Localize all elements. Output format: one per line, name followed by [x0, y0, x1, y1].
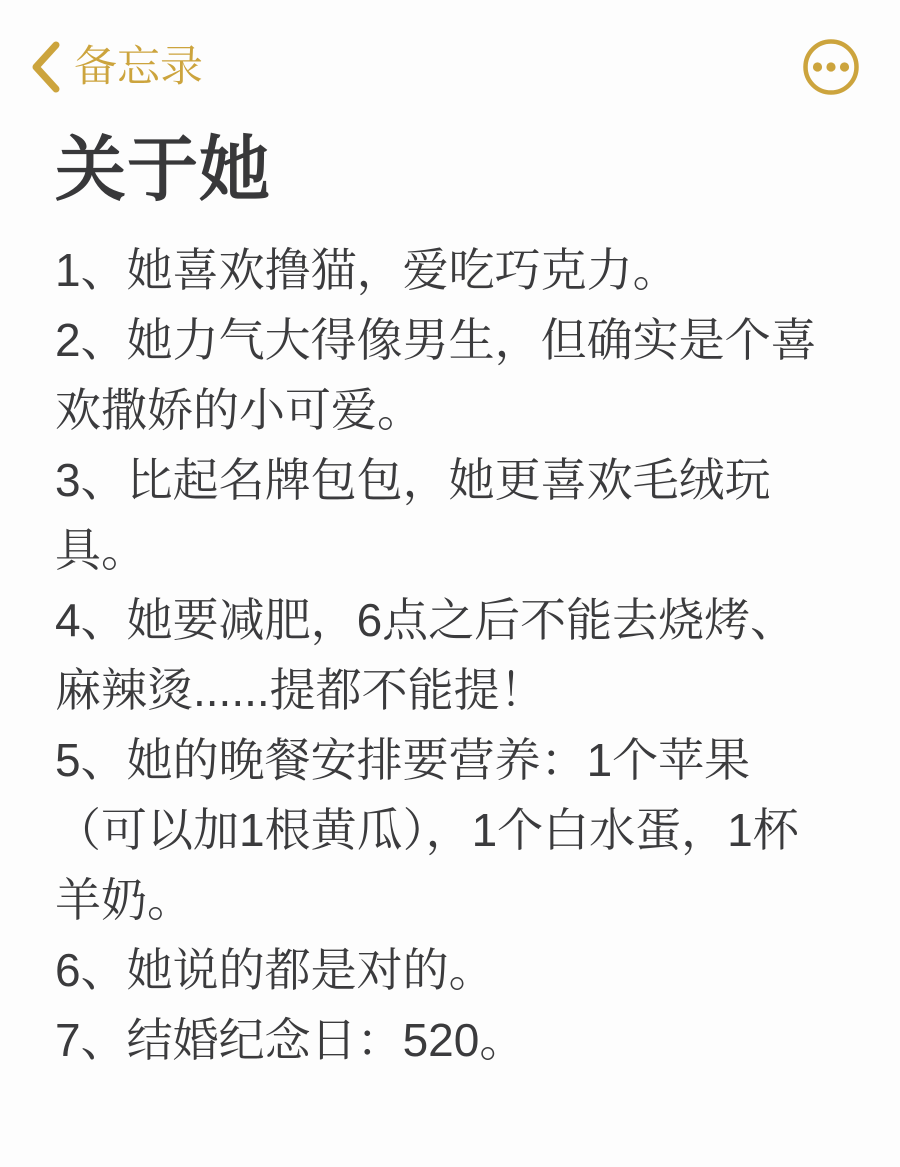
notes-app-screen: 备忘录 关于她 1、她喜欢撸猫，爱吃巧克力。2、她力气大得像男生，但确实是个喜欢… — [0, 0, 900, 1167]
note-line: 2、她力气大得像男生，但确实是个喜 — [55, 305, 848, 375]
note-line: 5、她的晚餐安排要营养：1个苹果 — [55, 725, 848, 795]
note-title: 关于她 — [55, 134, 848, 209]
note-line: 6、她说的都是对的。 — [55, 935, 848, 1005]
note-line: 4、她要减肥，6点之后不能去烧烤、 — [55, 585, 848, 655]
more-options-button[interactable] — [802, 38, 860, 96]
back-button-label: 备忘录 — [74, 46, 203, 89]
chevron-left-icon — [30, 41, 60, 93]
note-line: （可以加1根黄瓜），1个白水蛋，1杯 — [55, 795, 848, 865]
note-line: 欢撒娇的小可爱。 — [55, 375, 848, 445]
note-line: 具。 — [55, 515, 848, 585]
nav-bar: 备忘录 — [0, 36, 900, 98]
note-line: 麻辣烫......提都不能提！ — [55, 655, 848, 725]
note-line: 7、结婚纪念日：520。 — [55, 1005, 848, 1075]
note-body: 1、她喜欢撸猫，爱吃巧克力。2、她力气大得像男生，但确实是个喜欢撒娇的小可爱。3… — [55, 235, 848, 1075]
note-editor[interactable]: 关于她 1、她喜欢撸猫，爱吃巧克力。2、她力气大得像男生，但确实是个喜欢撒娇的小… — [0, 134, 900, 1075]
back-button[interactable]: 备忘录 — [30, 41, 203, 93]
note-line: 1、她喜欢撸猫，爱吃巧克力。 — [55, 235, 848, 305]
note-line: 3、比起名牌包包，她更喜欢毛绒玩 — [55, 445, 848, 515]
ellipsis-circle-icon — [802, 38, 860, 96]
note-line: 羊奶。 — [55, 865, 848, 935]
